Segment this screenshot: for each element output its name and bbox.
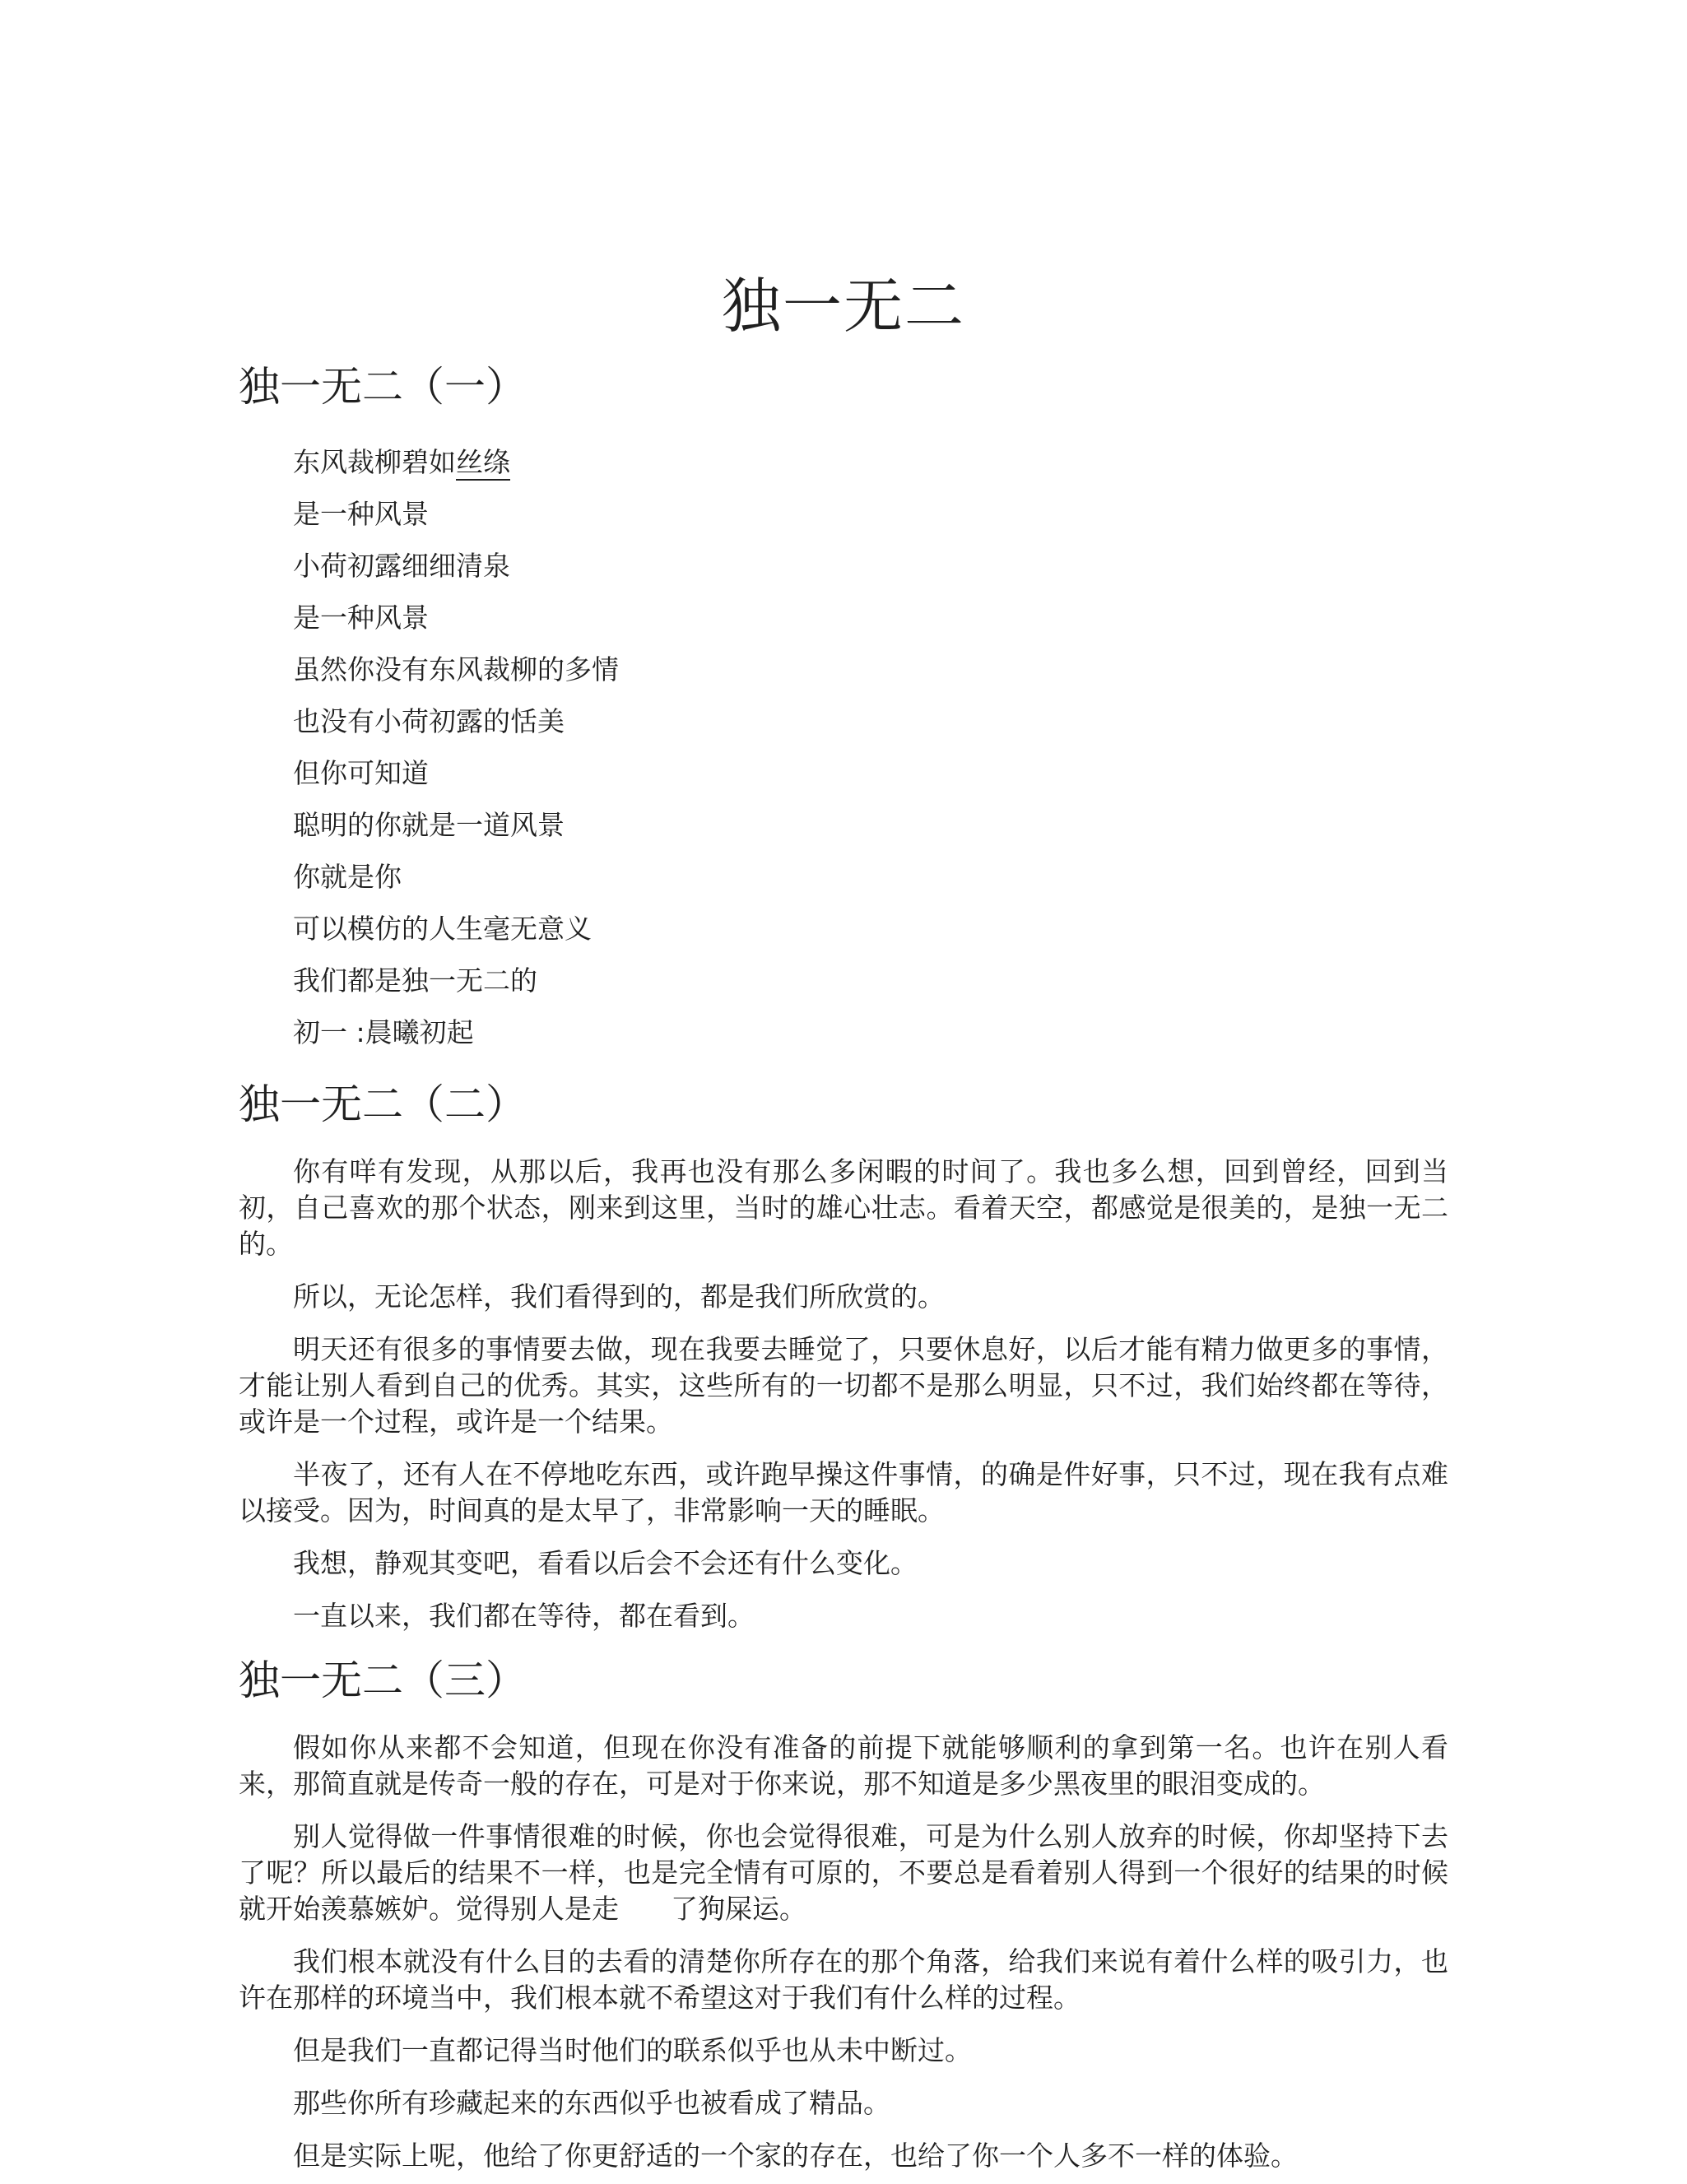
poem-line-text: 你就是你 xyxy=(293,861,402,893)
underlined-text: 丝绦 xyxy=(456,446,510,481)
paragraph: 但是实际上呢，他给了你更舒适的一个家的存在，也给了你一个人多不一样的体验。 xyxy=(239,2138,1448,2174)
poem-line: 虽然你没有东风裁柳的多情 xyxy=(239,644,1448,695)
paragraph: 别人觉得做一件事情很难的时候，你也会觉得很难，可是为什么别人放弃的时候，你却坚持… xyxy=(239,1819,1448,1927)
poem-line-text: 是一种风景 xyxy=(293,602,429,634)
poem-line-text: 虽然你没有东风裁柳的多情 xyxy=(293,653,619,685)
poem-line-text: 我们都是独一无二的 xyxy=(293,964,537,997)
poem-line: 聪明的你就是一道风景 xyxy=(239,799,1448,851)
poem-line: 但你可知道 xyxy=(239,747,1448,799)
section-heading: 独一无二（三） xyxy=(239,1654,1448,1707)
poem-line: 东风裁柳碧如丝绦 xyxy=(239,436,1448,488)
poem-line: 我们都是独一无二的 xyxy=(239,955,1448,1006)
poem-line: 是一种风景 xyxy=(239,488,1448,540)
poem-line-text: 是一种风景 xyxy=(293,498,429,530)
document-sections: 独一无二（一）东风裁柳碧如丝绦是一种风景小荷初露细细清泉是一种风景虽然你没有东风… xyxy=(239,360,1448,2174)
poem-line: 初一 :晨曦初起 xyxy=(239,1006,1448,1058)
section-heading: 独一无二（二） xyxy=(239,1078,1448,1131)
paragraph: 我们根本就没有什么目的去看的清楚你所存在的那个角落，给我们来说有着什么样的吸引力… xyxy=(239,1944,1448,2016)
paragraph: 明天还有很多的事情要去做，现在我要去睡觉了，只要休息好，以后才能有精力做更多的事… xyxy=(239,1331,1448,1440)
paragraph: 那些你所有珍藏起来的东西似乎也被看成了精品。 xyxy=(239,2085,1448,2121)
paragraph: 一直以来，我们都在等待，都在看到。 xyxy=(239,1598,1448,1634)
poem-line-text: 东风裁柳碧如 xyxy=(293,446,456,478)
poem-line: 可以模仿的人生毫无意义 xyxy=(239,903,1448,955)
paragraph: 半夜了，还有人在不停地吃东西，或许跑早操这件事情，的确是件好事，只不过，现在我有… xyxy=(239,1457,1448,1529)
poem-line-text: 小荷初露细细清泉 xyxy=(293,550,510,582)
poem-line: 也没有小荷初露的恬美 xyxy=(239,695,1448,747)
document-section-3: 独一无二（三）假如你从来都不会知道，但现在你没有准备的前提下就能够顺利的拿到第一… xyxy=(239,1654,1448,2174)
document-section-1: 独一无二（一）东风裁柳碧如丝绦是一种风景小荷初露细细清泉是一种风景虽然你没有东风… xyxy=(239,360,1448,1058)
poem-line: 小荷初露细细清泉 xyxy=(239,540,1448,592)
paragraph: 我想，静观其变吧，看看以后会不会还有什么变化。 xyxy=(239,1545,1448,1582)
paragraph: 所以，无论怎样，我们看得到的，都是我们所欣赏的。 xyxy=(239,1279,1448,1315)
document-section-2: 独一无二（二）你有咩有发现，从那以后，我再也没有那么多闲暇的时间了。我也多么想，… xyxy=(239,1078,1448,1634)
document-page: 独一无二 独一无二（一）东风裁柳碧如丝绦是一种风景小荷初露细细清泉是一种风景虽然… xyxy=(0,0,1687,2184)
section-heading: 独一无二（一） xyxy=(239,360,1448,413)
paragraph: 假如你从来都不会知道，但现在你没有准备的前提下就能够顺利的拿到第一名。也许在别人… xyxy=(239,1730,1448,1802)
document-title: 独一无二 xyxy=(239,272,1448,341)
poem-line-text: 聪明的你就是一道风景 xyxy=(293,809,565,841)
poem-line-text: 但你可知道 xyxy=(293,757,429,789)
poem-line: 是一种风景 xyxy=(239,592,1448,644)
paragraph: 但是我们一直都记得当时他们的联系似乎也从未中断过。 xyxy=(239,2033,1448,2069)
poem-line-text: 可以模仿的人生毫无意义 xyxy=(293,913,592,945)
poem-line: 你就是你 xyxy=(239,851,1448,903)
poem-line-text: 初一 :晨曦初起 xyxy=(293,1016,474,1048)
paragraph: 你有咩有发现，从那以后，我再也没有那么多闲暇的时间了。我也多么想，回到曾经，回到… xyxy=(239,1154,1448,1262)
poem-line-text: 也没有小荷初露的恬美 xyxy=(293,705,565,737)
